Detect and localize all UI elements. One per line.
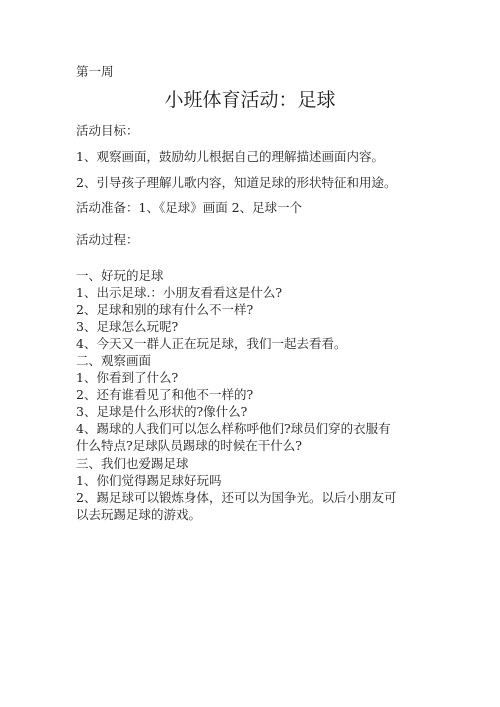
list-item: 2、足球和别的球有什么不一样? <box>76 302 253 318</box>
list-item: 3、足球是什么形状的?像什么? <box>76 404 247 420</box>
preparation-line: 活动准备：1、《足球》画面 2、足球一个 <box>76 200 302 216</box>
list-item: 2、踢足球可以锻炼身体，还可以为国争光。以后小朋友可 <box>76 490 396 506</box>
list-item: 以去玩踢足球的游戏。 <box>76 507 201 523</box>
list-item: 4、踢球的人我们可以怎么样称呼他们?球员们穿的衣服有 <box>76 421 391 437</box>
section-heading: 三、我们也爱踢足球 <box>76 456 189 472</box>
page-title: 小班体育活动：足球 <box>0 88 500 112</box>
list-item: 什么特点?足球队员踢球的时候在干什么? <box>76 438 302 454</box>
list-item: 3、足球怎么玩呢? <box>76 319 178 335</box>
list-item: 4、今天又一群人正在玩足球，我们一起去看看。 <box>76 336 346 352</box>
goals-heading: 活动目标： <box>76 123 139 139</box>
list-item: 1、你看到了什么? <box>76 370 178 386</box>
list-item: 1、你们觉得踢足球好玩吗 <box>76 473 221 489</box>
section-heading: 二、观察画面 <box>76 353 151 369</box>
goal-item: 2、引导孩子理解儿歌内容，知道足球的形状特征和用途。 <box>76 175 396 191</box>
goal-item: 1、观察画面，鼓励幼儿根据自己的理解描述画面内容。 <box>76 149 384 165</box>
week-label: 第一周 <box>76 64 114 80</box>
section-heading: 一、好玩的足球 <box>76 268 164 284</box>
process-heading: 活动过程： <box>76 232 139 248</box>
list-item: 2、还有谁看见了和他不一样的? <box>76 387 253 403</box>
list-item: 1、出示足球.：小朋友看看这是什么? <box>76 285 282 301</box>
